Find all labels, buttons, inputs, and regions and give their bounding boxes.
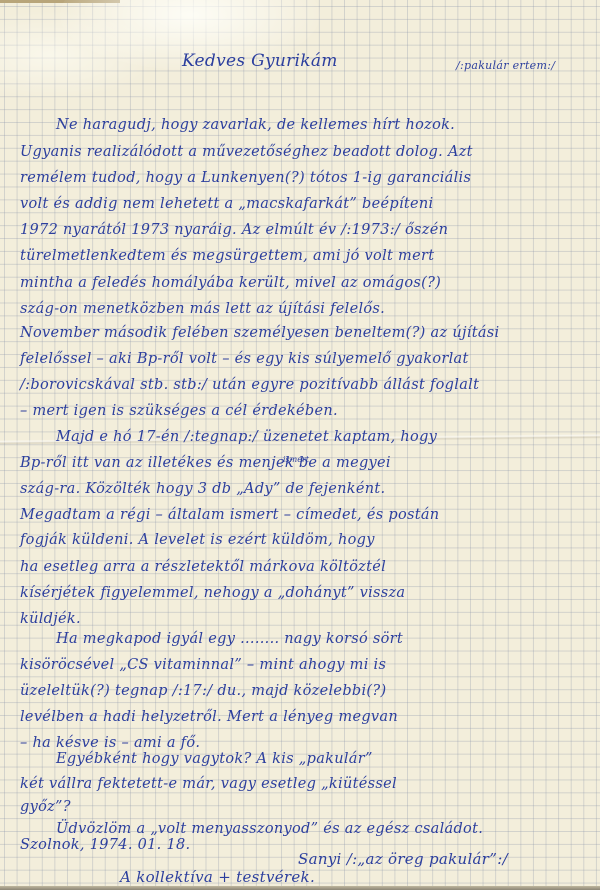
- letter-page: Kedves Gyurikám /:pakulár ertem:/ Ne har…: [0, 0, 600, 890]
- letter-line: /:borovicskával stb. stb:/ után egyre po…: [20, 378, 479, 393]
- letter-line: üzeleltük(?) tegnap /:17:/ du., majd köz…: [20, 684, 386, 699]
- letter-line: küldjék.: [20, 612, 81, 627]
- interlinear-insert: ismert: [283, 455, 309, 464]
- letter-line: türelmetlenkedtem és megsürgettem, ami j…: [20, 249, 434, 264]
- letter-line: Szolnok, 1974. 01. 18.: [20, 838, 190, 853]
- letter-line: Megadtam a régi – általam ismert – címed…: [20, 508, 439, 523]
- header-note: /:pakulár ertem:/: [456, 60, 555, 71]
- letter-greeting: Kedves Gyurikám: [182, 53, 338, 70]
- letter-line: – ha késve is – ami a fő.: [20, 736, 200, 751]
- letter-line: – mert igen is szükséges a cél érdekében…: [20, 404, 338, 419]
- signature: Sanyi /:„az öreg pakulár”:/: [298, 852, 508, 867]
- letter-line: Ugyanis realizálódott a művezetőséghez b…: [20, 145, 473, 160]
- letter-line: Bp-ről itt van az illetékes és menjek be…: [20, 456, 391, 471]
- letter-line: levélben a hadi helyzetről. Mert a lénye…: [20, 710, 398, 725]
- letter-line: kísérjétek figyelemmel, nehogy a „dohány…: [20, 586, 405, 601]
- letter-line: remélem tudod, hogy a Lunkenyen(?) tótos…: [20, 171, 471, 186]
- letter-line: két vállra fektetett-e már, vagy esetleg…: [20, 777, 397, 792]
- letter-line: felelőssel – aki Bp-ről volt – és egy ki…: [20, 352, 469, 367]
- letter-line: November második felében személyesen ben…: [20, 326, 499, 341]
- letter-line: Majd e hó 17-én /:tegnap:/ üzenetet kapt…: [56, 430, 437, 445]
- letter-line: Egyébként hogy vagytok? A kis „pakulár”: [56, 752, 373, 767]
- letter-line: ha esetleg arra a részletektől márkova k…: [20, 560, 386, 575]
- letter-line: Üdvözlöm a „volt menyasszonyod” és az eg…: [56, 822, 483, 837]
- paper-glare: [0, 10, 160, 100]
- letter-line: fogják küldeni. A levelet is ezért küldö…: [20, 533, 375, 548]
- letter-line: mintha a feledés homályába került, mivel…: [20, 276, 441, 291]
- letter-line: győz”?: [20, 800, 71, 815]
- closing-line: A kollektíva + testvérek.: [120, 870, 315, 885]
- letter-line: szág-on menetközben más lett az újítási …: [20, 302, 385, 317]
- letter-line: Ha megkapod igyál egy ........ nagy kors…: [56, 632, 403, 647]
- paper-edge-top: [0, 0, 120, 3]
- letter-line: Ne haragudj, hogy zavarlak, de kellemes …: [56, 118, 455, 133]
- letter-line: 1972 nyarától 1973 nyaráig. Az elmúlt év…: [20, 223, 448, 238]
- letter-line: szág-ra. Közölték hogy 3 db „Ady” de fej…: [20, 482, 385, 497]
- letter-line: volt és addig nem lehetett a „macskafark…: [20, 197, 433, 212]
- paper-edge-bottom: [0, 886, 600, 890]
- letter-line: kisöröcsével „CS vitaminnal” – mint ahog…: [20, 658, 386, 673]
